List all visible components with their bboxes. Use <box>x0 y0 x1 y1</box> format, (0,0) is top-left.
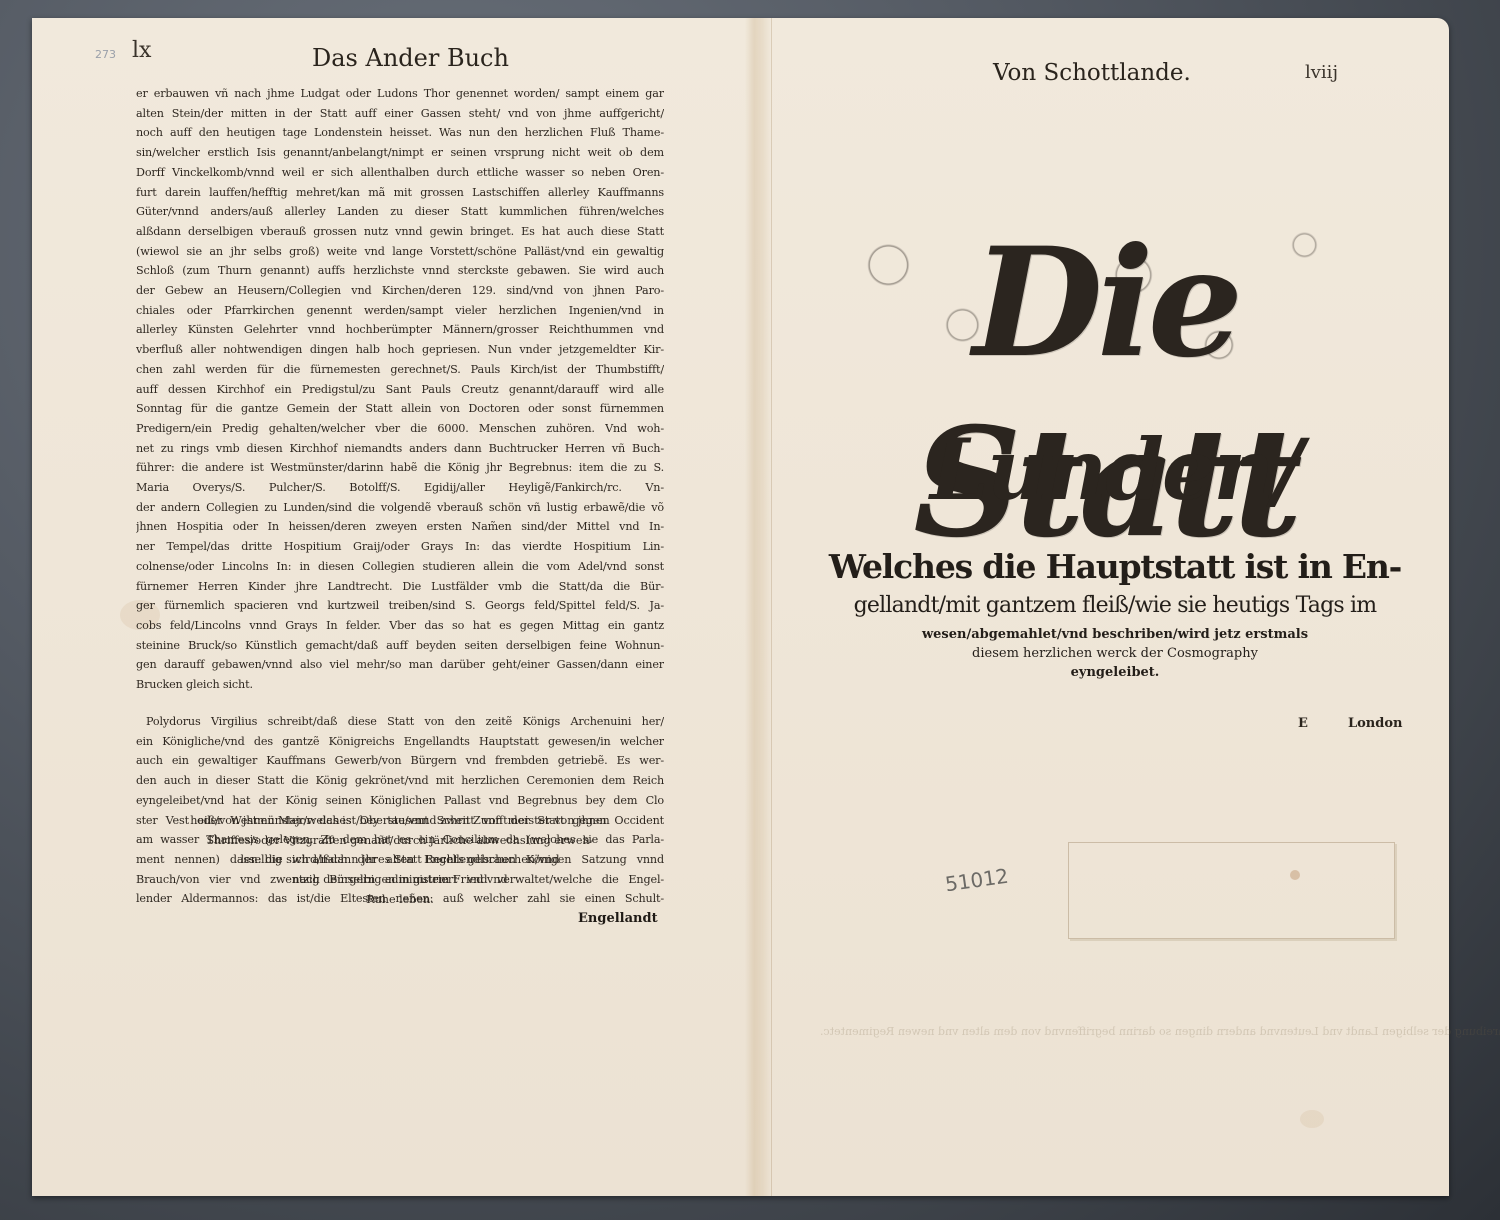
text-line: (wiewol sie an jhr selbs groß) weite vnd… <box>136 242 664 262</box>
text-line: furt darein lauffen/hefftig mehret/kan m… <box>136 183 664 203</box>
text-line: sin/welcher erstlich Isis genannt/anbela… <box>136 143 664 163</box>
text-line: fürnemer Herren Kinder jhre Landtrecht. … <box>136 577 664 597</box>
text-line: heiß/von jhnen Major: das ist/Oberste/vn… <box>136 811 664 831</box>
text-line: führer: die andere ist Westmünster/darin… <box>136 458 664 478</box>
text-line: der andern Collegien zu Lunden/sind die … <box>136 498 664 518</box>
left-folio: lx <box>132 38 151 63</box>
subtitle-small: wesen/abgemahlet/vnd beschriben/wird jet… <box>820 625 1410 682</box>
text-line: Predigern/ein Predig gehalten/welcher vb… <box>136 419 664 439</box>
text-line: alßdann derselbigen vberauß grossen nutz… <box>136 222 664 242</box>
text-line: chen zahl werden für die fürnemesten ger… <box>136 360 664 380</box>
text-line: nach demselbigen in gutem Fried vnd <box>136 870 664 890</box>
foxing-stain <box>1300 1110 1324 1128</box>
text-line: noch auff den heutigen tage Londenstein … <box>136 123 664 143</box>
text-line: Güter/vnnd anders/auß allerley Landen zu… <box>136 202 664 222</box>
show-through-text: Von dem Hauptsatz Königreichs Engellandt… <box>820 1022 1500 1041</box>
text-line: gen darauff gebawen/vnnd also viel mehr/… <box>136 655 664 675</box>
signature-word: London <box>1348 716 1402 731</box>
text-line: Polydorus Virgilius schreibt/daß diese S… <box>136 712 664 732</box>
text-line: Maria Overys/S. Pulcher/S. Botolff/S. Eg… <box>136 478 664 498</box>
left-body-paragraph-1: er erbauwen vñ nach jhme Ludgat oder Lud… <box>136 84 664 695</box>
text-line: vnd von dem alten vnd newen Regiment <box>841 1025 1065 1038</box>
left-running-head: Das Ander Buch <box>312 44 509 72</box>
text-line: alten Stein/der mitten in der Statt auff… <box>136 104 664 124</box>
text-line: auff dessen Kirchhof ein Predigstul/zu S… <box>136 380 664 400</box>
text-line: eyngeleibet/vnd hat der König seinen Kön… <box>136 791 664 811</box>
text-line: den auch in dieser Statt die König gekrö… <box>136 771 664 791</box>
text-line: Dorff Vinckelkomb/vnnd weil er sich alle… <box>136 163 664 183</box>
right-running-head: Von Schottlande. <box>993 60 1191 86</box>
text-line: chiales oder Pfarrkirchen genennt werden… <box>136 301 664 321</box>
catchword: Engellandt <box>578 911 658 926</box>
title-city-name: Lunden/ <box>930 415 1350 525</box>
text-line: vnd andern dingen so darinn begriffen <box>1065 1025 1280 1038</box>
text-line: vberfluß aller nohtwendigen dingen halb … <box>136 340 664 360</box>
text-line: cobs feld/Lincolns vnnd Grays In felder.… <box>136 616 664 636</box>
center-fold-crease <box>745 18 772 1196</box>
text-line: steinine Bruck/so Künstlich gemacht/daß … <box>136 636 664 656</box>
subtitle-line-1: Welches die Hauptstatt ist in En- <box>820 545 1410 589</box>
text-line: len: die sich alßdann jhres Statt Rechts… <box>136 850 664 870</box>
right-folio: lviij <box>1305 62 1338 83</box>
text-line: ein Königliche/vnd des gantzẽ Königreich… <box>136 732 664 752</box>
text-line: Sonntag für die gantze Gemein der Statt … <box>136 399 664 419</box>
pencil-note: 273 <box>95 48 116 61</box>
text-line: vnd beschreibung der selbigen Landt vnd … <box>1280 1025 1500 1038</box>
decorated-title-die-statt: Die Statt <box>820 205 1390 405</box>
text-line: Schloß (zum Thurn genannt) auffs herzlic… <box>136 261 664 281</box>
text-line: der Gebew an Heusern/Collegien vnd Kirch… <box>136 281 664 301</box>
text-line: Brucken gleich sicht. <box>136 675 664 695</box>
text-line: ner Tempel/das dritte Hospitium Graij/od… <box>136 537 664 557</box>
text-line: ger fürnemlich spacieren vnd kurtzweil t… <box>136 596 664 616</box>
text-line: Ruhe leben. <box>136 890 664 910</box>
text-line: er erbauwen vñ nach jhme Ludgat oder Lud… <box>136 84 664 104</box>
text-line: etc. <box>820 1025 841 1038</box>
signature-mark: E <box>1298 716 1308 731</box>
text-line: colnense/oder Lincolns In: in diesen Col… <box>136 557 664 577</box>
text-line: auch ein gewaltiger Kauffmans Gewerb/von… <box>136 751 664 771</box>
show-through-map-frame <box>1068 842 1395 939</box>
text-line: jhnen Hospitia oder In heissen/deren zwe… <box>136 517 664 537</box>
left-taper-paragraph: heiß/von jhnen Major: das ist/Oberste/vn… <box>136 811 664 910</box>
text-line: net zu rings vmb diesen Kirchhof niemand… <box>136 439 664 459</box>
text-line: Shriffes/oder Vitzgraffen genañt/durch j… <box>136 831 664 851</box>
subtitle-line-2: gellandt/mit gantzem fleiß/wie sie heuti… <box>820 592 1410 620</box>
text-line: allerley Künsten Gelehrter vnnd hochberü… <box>136 320 664 340</box>
